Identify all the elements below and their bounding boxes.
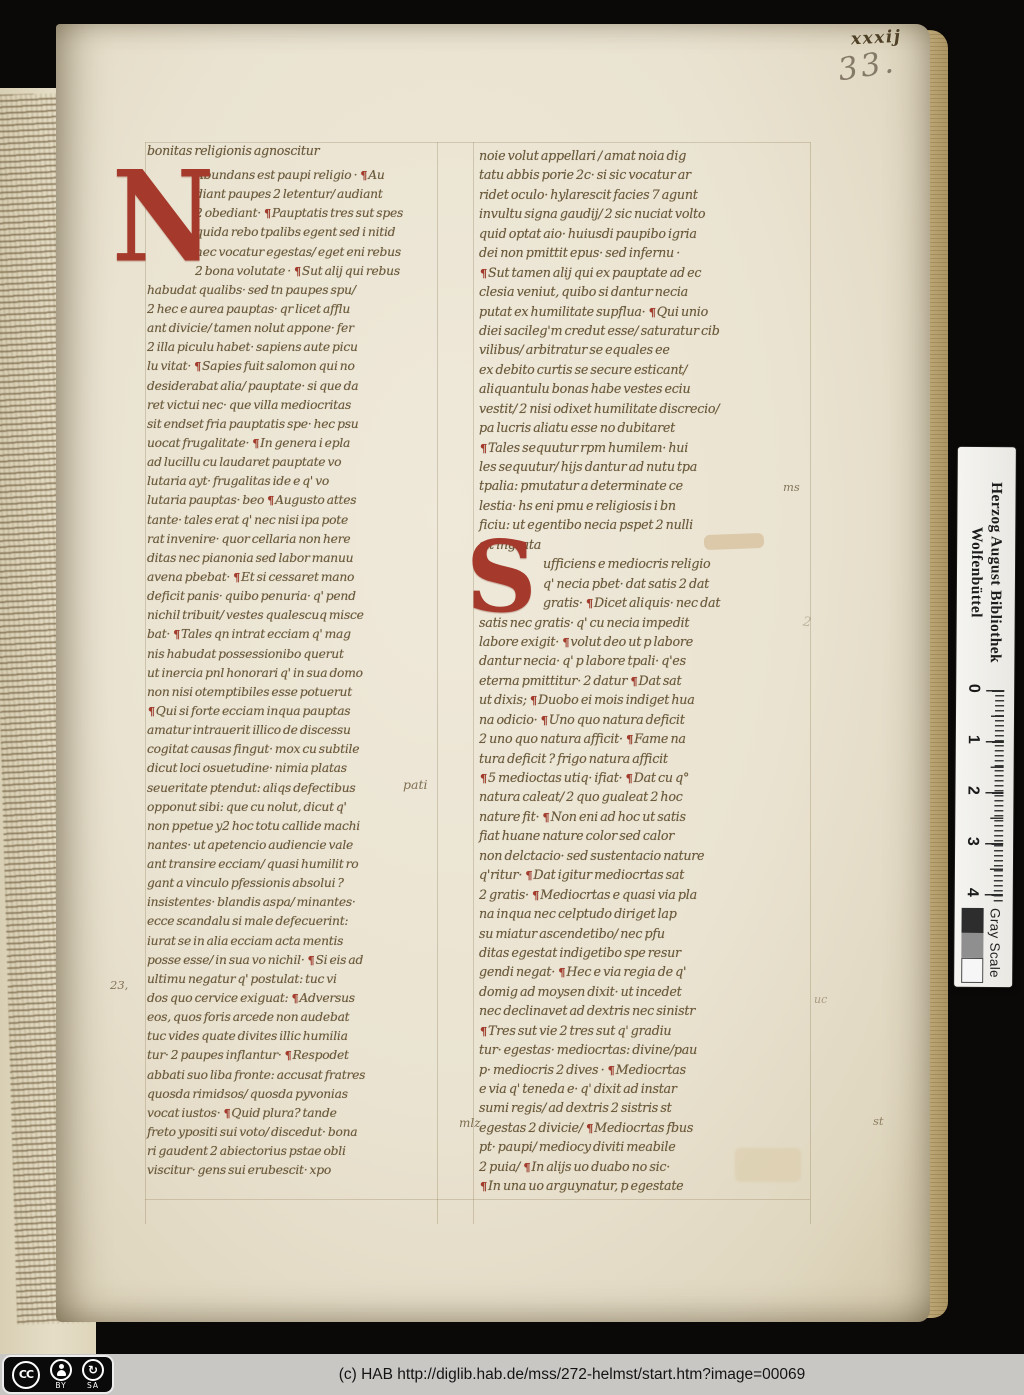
text-line: vocat iustos· ¶Quid plura? tande <box>147 1104 439 1123</box>
cc-item-label: SA <box>87 1382 99 1390</box>
rubric-mark: ¶ <box>263 207 272 220</box>
text-line: p· mediocris 2 dives · ¶Mediocrtas <box>479 1060 811 1079</box>
library-name-line2: Wolfenbüttel <box>966 455 987 689</box>
text-line: iurat se in alia ecciam acta mentis <box>147 932 439 951</box>
text-line: ¶5 medioctas utiq· ifiat· ¶Dat cu q° <box>479 768 811 787</box>
text-line: na inqua nec celptudo diriget lap <box>479 904 811 923</box>
text-line: ¶Tales sequutur rpm humilem· hui <box>479 438 811 457</box>
text-line: gendi negat· ¶Hec e via regia de q' <box>479 962 811 981</box>
text-line: amatur intrauerit illico de discessu <box>147 721 439 740</box>
text-line: abbati suo liba fronte: accusat fratres <box>147 1066 439 1085</box>
text-line: ri gaudent 2 abiectorius pstae obli <box>147 1142 439 1161</box>
ruler-number: 2 <box>963 786 981 795</box>
marginal-note: 23, <box>110 978 128 992</box>
rubricated-initial-N: N <box>112 166 214 269</box>
ruling-line-horizontal <box>145 1199 810 1200</box>
text-line: ¶In una uo arguynatur, p egestate <box>479 1176 811 1195</box>
text-line: ditas nec pianonia sed labor manuu <box>147 549 439 568</box>
text-line: putat ex humilitate supflua· ¶Qui unio <box>479 302 811 321</box>
text-line: ex debito curtis se secure esticant/ <box>479 360 811 379</box>
text-line: dantur necia· q' p labore tpali· q'es <box>479 651 811 670</box>
text-line: domig ad moysen dixit· ut incedet <box>479 982 811 1001</box>
ruler-number: 1 <box>964 735 982 744</box>
rubric-mark: ¶ <box>293 265 302 278</box>
text-line: lutaria pauptas· beo ¶Augusto attes <box>147 491 439 510</box>
rubric-mark: ¶ <box>648 305 657 319</box>
rubric-mark: ¶ <box>529 693 538 707</box>
text-line: 2 bona volutate · ¶Sut alij qui rebus <box>195 262 439 281</box>
text-line: tur· 2 paupes inflantur· ¶Respodet <box>147 1046 439 1065</box>
text-line: su miatur ascendetibo/ nec pfu <box>479 924 811 943</box>
text-line: tpalia: pmutatur a determinate ce <box>479 476 811 495</box>
text-line: cogitat causas fingut· mox cu subtile <box>147 740 439 759</box>
text-line: sit endset fria pauptatis spe· hec psu <box>147 415 439 434</box>
gray-scale-patches <box>961 908 984 983</box>
cc-license-badge: CCBY↻SA <box>2 1355 114 1394</box>
text-line: ut dixis; ¶Duobo ei mois indiget hua <box>479 690 811 709</box>
text-line: ant transire ecciam/ quasi humilit ro <box>147 855 439 874</box>
text-line: ¶Sut tamen alij qui ex pauptate ad ec <box>479 263 811 282</box>
text-line: ad lucillu cu laudaret pauptate vo <box>147 453 439 472</box>
rubric-mark: ¶ <box>629 674 638 688</box>
text-line: pa lucris aliatu esse no dubitaret <box>479 418 811 437</box>
ruler-number: 0 <box>964 684 982 693</box>
text-line: ¶Tres sut vie 2 tres sut q' gradiu <box>479 1021 811 1040</box>
text-line: lu vitat· ¶Sapies fuit salomon qui no <box>147 357 439 376</box>
rubric-mark: ¶ <box>542 810 551 824</box>
text-line: natura caleat/ 2 quo gualeat 2 hoc <box>479 787 811 806</box>
text-line: vilibus/ arbitratur se equales ee <box>479 340 811 359</box>
cc-icon: CC <box>12 1361 40 1389</box>
text-column-right: noie volut appellari / amat noia digtatu… <box>479 146 811 1196</box>
text-line: quid optat aio· huiusdi paupibo igria <box>479 224 811 243</box>
text-line: seueritate ptendut: aliqs defectibus <box>147 779 439 798</box>
rubric-mark: ¶ <box>147 705 156 718</box>
library-name-label: Herzog August Bibliothek Wolfenbüttel <box>966 455 1006 689</box>
rubric-mark: ¶ <box>540 713 549 727</box>
text-line: ¶Qui si forte ecciam inqua pauptas <box>147 702 439 721</box>
text-line: lutaria ayt· frugalitas ide e q' vo <box>147 472 439 491</box>
text-line: na odicio· ¶Uno quo natura deficit <box>479 710 811 729</box>
rubric-mark: ¶ <box>266 494 275 507</box>
rubricated-initial-S: S <box>466 538 537 618</box>
text-line: ridet oculo· hylarescit facies 7 agunt <box>479 185 811 204</box>
text-line: ditas egestat indigetibo spe resur <box>479 943 811 962</box>
footer-bar: (c) HAB http://diglib.hab.de/mss/272-hel… <box>0 1354 1024 1395</box>
cc-item-label: BY <box>55 1382 66 1390</box>
text-line: egestas 2 divicie/ ¶Mediocrtas fbus <box>479 1118 811 1137</box>
rubric-mark: ¶ <box>625 732 634 746</box>
text-line: sumi regis/ ad dextris 2 sistris st <box>479 1098 811 1117</box>
rubric-mark: ¶ <box>479 1024 488 1038</box>
text-line: nature fit· ¶Non eni ad hoc ut satis <box>479 807 811 826</box>
ruler-number: 4 <box>963 888 981 897</box>
cc-item-share-alike: ↻SA <box>82 1359 104 1390</box>
text-line: ret victui nec· que villa mediocritas <box>147 396 439 415</box>
text-line: nichil tribuit/ vestes qualescuq misce <box>147 606 439 625</box>
text-line: les sequutur/ hijs dantur ad nutu tpa <box>479 457 811 476</box>
rubric-mark: ¶ <box>585 1121 594 1135</box>
text-line: diei sacileg'm credut esse/ saturatur ci… <box>479 321 811 340</box>
text-line: posse esse/ in sua vo nichil· ¶Si eis ad <box>147 951 439 970</box>
person-icon <box>50 1359 72 1381</box>
gray-scale-patch <box>961 933 983 958</box>
text-line: ecce scandalu si male defecuerint: <box>147 912 439 931</box>
text-line: invultu signa gaudij/ 2 sic nuciat volto <box>479 204 811 223</box>
rubric-mark: ¶ <box>625 771 634 785</box>
text-line: non nisi otemptibiles esse potuerut <box>147 683 439 702</box>
cc-item-cc: CC <box>12 1361 40 1389</box>
marginal-note: mlz <box>459 1116 481 1130</box>
text-line: ufficiens e mediocris religio <box>543 554 811 573</box>
marginal-note: ms <box>783 480 800 494</box>
rubric-mark: ¶ <box>585 596 594 610</box>
text-line: bat· ¶Tales qn intrat ecciam q' mag <box>147 625 439 644</box>
text-line: 2 hec e aurea pauptas· qr licet afflu <box>147 300 439 319</box>
text-line: dei non pmittit epus· sed infernu · <box>479 243 811 262</box>
calibration-ruler: Herzog August Bibliothek Wolfenbüttel 01… <box>954 447 1016 987</box>
text-line: 2 uno quo natura afficit· ¶Fame na <box>479 729 811 748</box>
rubric-mark: ¶ <box>193 360 202 373</box>
text-line: e via q' teneda e· q' dixit ad instar <box>479 1079 811 1098</box>
gray-scale-label: Gray Scale <box>987 908 1003 988</box>
text-line: deficit panis· quibo penuria· q' pend <box>147 587 439 606</box>
text-line: viscitur· gens sui erubescit· xpo <box>147 1161 439 1180</box>
text-line: ultimu negatur q' postulat: tuc vi <box>147 970 439 989</box>
marginal-note: st <box>873 1114 884 1128</box>
text-line: vestit/ 2 nisi odixet humilitate discrec… <box>479 399 811 418</box>
copyright-text: (c) HAB http://diglib.hab.de/mss/272-hel… <box>120 1354 1024 1395</box>
text-line: diant paupes 2 letentur/ audiant <box>195 185 439 204</box>
text-line: fiat huane nature color sed calor <box>479 826 811 845</box>
rubric-mark: ¶ <box>522 1160 531 1174</box>
text-line: tur· egestas· mediocrtas: divine/pau <box>479 1040 811 1059</box>
text-line: nis habudat possessionibo querut <box>147 645 439 664</box>
text-line: gratis· ¶Dicet aliquis· nec dat <box>543 593 811 612</box>
text-line: rat invenire· quor cellaria non here <box>147 530 439 549</box>
text-line: 2 gratis· ¶Mediocrtas e quasi via pla <box>479 885 811 904</box>
text-line: dicut loci osuetudine· nimia platas <box>147 759 439 778</box>
text-line: Abundans est paupi religio · ¶Au <box>195 166 439 185</box>
text-line: nantes· ut apetencio audiencie vale <box>147 836 439 855</box>
rubric-mark: ¶ <box>479 266 488 280</box>
text-line: 2 puia/ ¶In alijs uo duabo no sic· <box>479 1157 811 1176</box>
text-line: hec vocatur egestas/ eget eni rebus <box>195 243 439 262</box>
rubric-mark: ¶ <box>479 1179 488 1193</box>
text-line: aliquantulu bonas habe vestes eciu <box>479 379 811 398</box>
text-line: tante· tales erat q' nec nisi ipa pote <box>147 511 439 530</box>
rubric-mark: ¶ <box>223 1107 232 1120</box>
rubric-mark: ¶ <box>232 571 241 584</box>
ruling-line-vertical <box>145 142 146 1224</box>
rubric-mark: ¶ <box>307 954 316 967</box>
rubric-mark: ¶ <box>284 1049 293 1062</box>
rubric-mark: ¶ <box>524 868 533 882</box>
text-line: gant a vinculo pfessionis absolui ? <box>147 874 439 893</box>
text-line: insistentes· blandis aspa/ minantes· <box>147 893 439 912</box>
rubric-mark: ¶ <box>479 771 488 785</box>
ruling-line-vertical <box>473 142 474 1224</box>
rubric-mark: ¶ <box>479 441 488 455</box>
text-line: clesia veniut, quibo si dantur necia <box>479 282 811 301</box>
text-line: tura deficit ? frigo natura afficit <box>479 749 811 768</box>
text-line: q'ritur· ¶Dat igitur mediocrtas sat <box>479 865 811 884</box>
cc-item-person: BY <box>50 1359 72 1390</box>
text-line: dos quo cervice exiguat: ¶Adversus <box>147 989 439 1008</box>
gray-scale-patch <box>961 958 983 983</box>
ruler-number: 3 <box>963 837 981 846</box>
gray-scale-patch <box>961 908 983 933</box>
text-line: tatu abbis porie 2c· si sic vocatur ar <box>479 165 811 184</box>
text-line: ant divicie/ tamen nolut appone· fer <box>147 319 439 338</box>
rubric-mark: ¶ <box>557 965 566 979</box>
library-name-line1: Herzog August Bibliothek <box>985 455 1006 689</box>
share-alike-icon: ↻ <box>82 1359 104 1381</box>
text-line: q' necia pbet· dat satis 2 dat <box>543 574 811 593</box>
text-line: non delctacio· sed sustentacio nature <box>479 846 811 865</box>
text-line: quosda rimidsos/ quosda pyvonias <box>147 1085 439 1104</box>
text-line: eos, quos foris arcede non audebat <box>147 1008 439 1027</box>
rubric-mark: ¶ <box>607 1063 616 1077</box>
text-column-left: Abundans est paupi religio · ¶Audiant pa… <box>147 166 439 1180</box>
text-line: tuc vides quate divites illic humilia <box>147 1027 439 1046</box>
text-line: opponut sibi: que cu nolut, dicut q' <box>147 798 439 817</box>
rubric-mark: ¶ <box>251 437 260 450</box>
rubric-mark: ¶ <box>291 992 300 1005</box>
text-line: quida rebo tpalibs egent sed i nitid <box>195 223 439 242</box>
rubric-mark: ¶ <box>531 888 540 902</box>
rubric-mark: ¶ <box>561 635 570 649</box>
text-line: uocat frugalitate· ¶In genera i epla <box>147 434 439 453</box>
text-line: lestia· hs eni pmu e religiosis i bn <box>479 496 811 515</box>
marginal-note: uc <box>814 993 827 1006</box>
marginal-note: pati <box>403 777 427 792</box>
text-line: ut inercia pnl honorari q' in sua domo <box>147 664 439 683</box>
ruler-unit-ticks <box>985 690 1004 904</box>
text-line: freto ypositi sui voto/ discedut· bona <box>147 1123 439 1142</box>
text-line: eterna pmittitur· 2 datur ¶Dat sat <box>479 671 811 690</box>
text-line: avena pbebat· ¶Et si cessaret mano <box>147 568 439 587</box>
text-line: desiderabat alia/ pauptate· si que da <box>147 377 439 396</box>
text-line: pt· paupi/ mediocy diviti meabile <box>479 1137 811 1156</box>
text-line: 2 illa piculu habet· sapiens aute picu <box>147 338 439 357</box>
rubric-mark: ¶ <box>172 628 181 641</box>
rubric-mark: ¶ <box>359 169 368 182</box>
text-line: 2 obediant· ¶Pauptatis tres sut spes <box>195 204 439 223</box>
text-line: non ppetue y2 hoc totu callide machi <box>147 817 439 836</box>
text-line: nec declinavet ad dextris nec sinistr <box>479 1001 811 1020</box>
person-icon <box>55 1364 67 1376</box>
text-line: noie volut appellari / amat noia dig <box>479 146 811 165</box>
